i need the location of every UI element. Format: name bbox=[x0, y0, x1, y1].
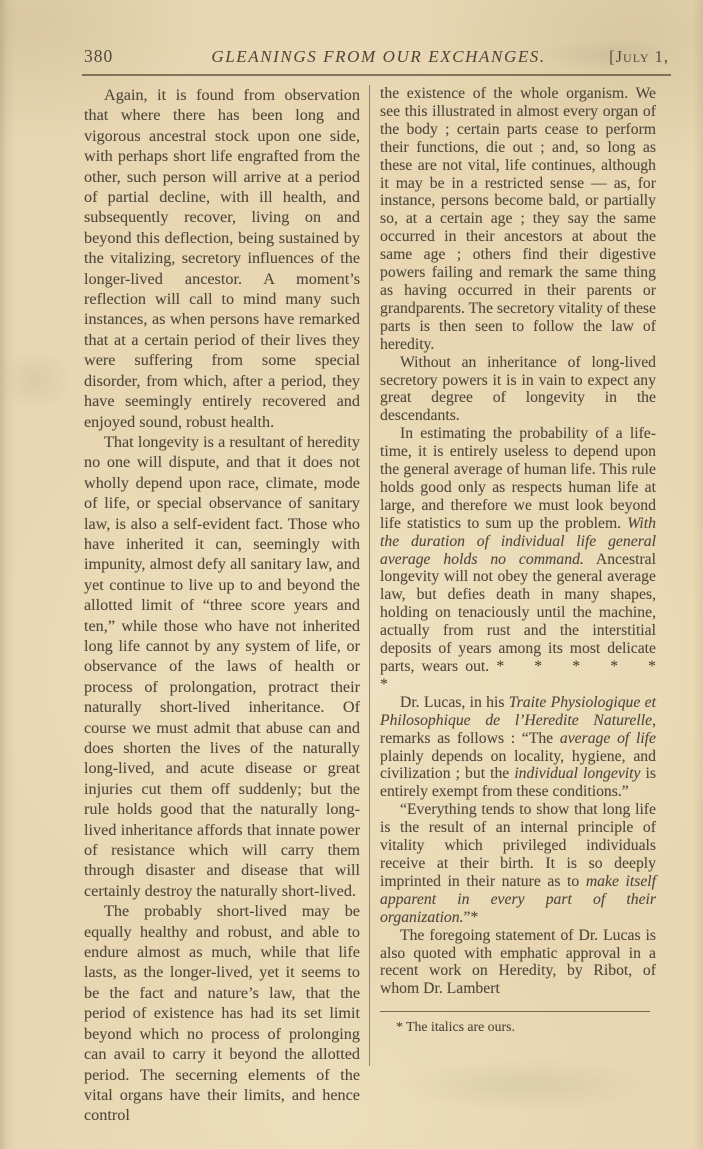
page-title: GLEANINGS FROM OUR EXCHANGES. bbox=[148, 47, 609, 67]
body-text: ”* bbox=[464, 909, 479, 926]
italic-text: average of life bbox=[560, 730, 656, 747]
body-text: the existence of the whole organism. We … bbox=[380, 85, 656, 353]
paragraph: Without an inheritance of long-lived sec… bbox=[380, 354, 656, 426]
body-text: The foregoing statement of Dr. Lucas is … bbox=[380, 927, 656, 998]
column-right-text: the existence of the whole organism. We … bbox=[380, 85, 656, 998]
scanned-page: 380 GLEANINGS FROM OUR EXCHANGES. [July … bbox=[0, 0, 703, 1149]
paragraph: The probably short-lived may be equally … bbox=[84, 901, 360, 1125]
body-text: Without an inheritance of long-lived sec… bbox=[380, 354, 656, 425]
body-text: Ancestral longevity will not obey the ge… bbox=[380, 551, 656, 675]
footnote-rule bbox=[380, 1011, 650, 1012]
column-right: the existence of the whole organism. We … bbox=[380, 85, 656, 1126]
running-header: 380 GLEANINGS FROM OUR EXCHANGES. [July … bbox=[0, 0, 703, 67]
column-left: Again, it is found from observation that… bbox=[84, 85, 360, 1126]
body-text: The probably short-lived may be equally … bbox=[84, 902, 360, 1124]
paragraph: That longevity is a resultant of heredit… bbox=[84, 432, 360, 901]
body-text: Again, it is found from observation that… bbox=[84, 86, 360, 431]
column-divider-rule bbox=[369, 85, 370, 1066]
issue-date: [July 1, bbox=[609, 47, 669, 67]
paragraph: the existence of the whole organism. We … bbox=[380, 85, 656, 354]
paragraph: In estimating the probability of a life-… bbox=[380, 425, 656, 694]
page-number: 380 bbox=[84, 46, 148, 67]
body-text: That longevity is a resultant of heredit… bbox=[84, 433, 360, 900]
bleed-through-smudge bbox=[0, 350, 70, 410]
footnote: * The italics are ours. bbox=[380, 1019, 656, 1035]
paragraph: Again, it is found from observation that… bbox=[84, 85, 360, 432]
paragraph: Dr. Lucas, in his Traite Physiologique e… bbox=[380, 694, 656, 801]
italic-text: individual longevity bbox=[514, 765, 640, 782]
column-left-text: Again, it is found from observation that… bbox=[84, 85, 360, 1126]
text-columns: Again, it is found from observation that… bbox=[84, 85, 703, 1126]
paragraph: The foregoing statement of Dr. Lucas is … bbox=[380, 927, 656, 999]
body-text: Dr. Lucas, in his bbox=[400, 694, 509, 711]
body-text: In estimating the probability of a life-… bbox=[380, 425, 656, 532]
header-rule bbox=[82, 74, 671, 76]
paragraph: “Everything tends to show that long life… bbox=[380, 801, 656, 926]
